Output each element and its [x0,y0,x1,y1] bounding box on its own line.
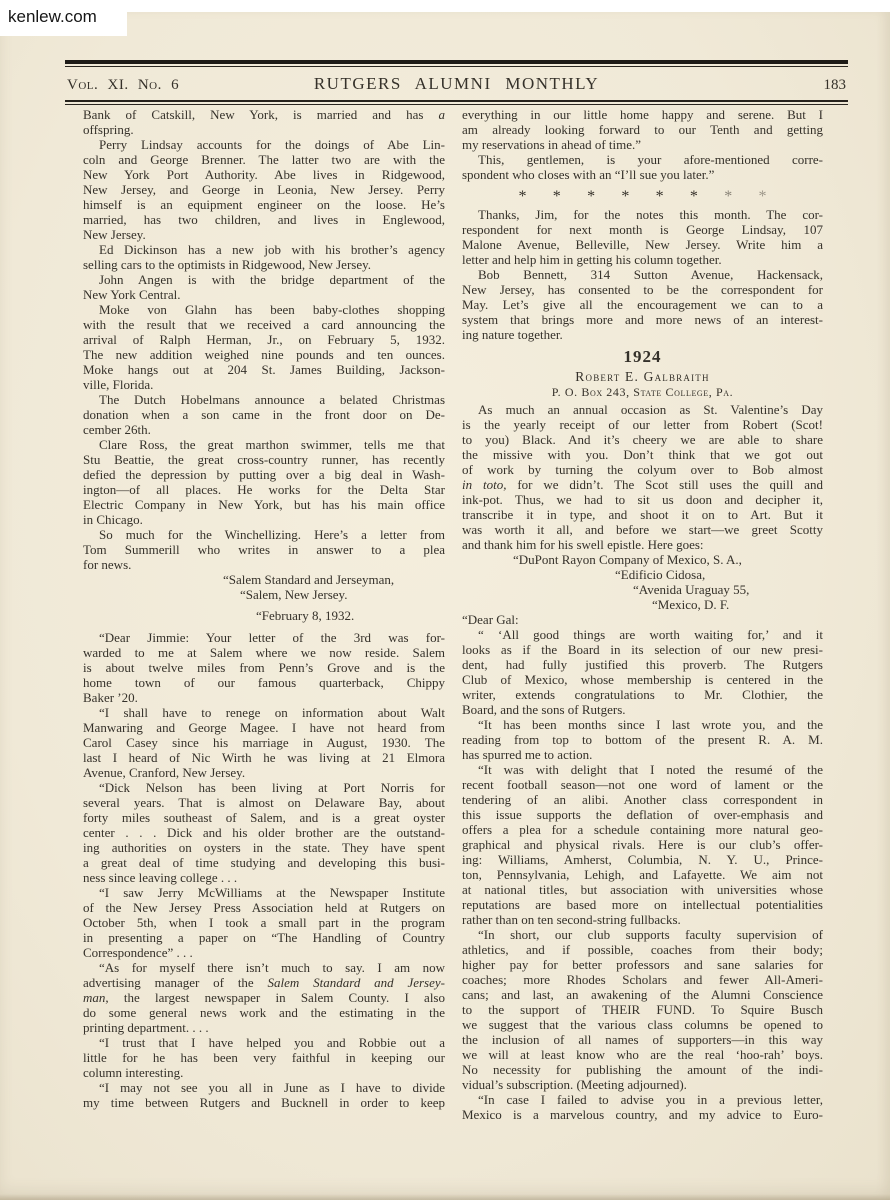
text-line: ville, Florida. [83,377,445,392]
text-line: “I shall have to renege on information a… [83,705,445,720]
text-line: little for he has been very faithful in … [83,1050,445,1065]
text-line: athletics, and if possible, coaches from… [462,942,823,957]
italic-text: a [439,107,446,122]
magazine-page: kenlew.com Vol. XI. No. 6 RUTGERS ALUMNI… [0,0,890,1200]
volume-issue: Vol. XI. No. 6 [67,77,179,94]
paragraph: Bank of Catskill, New York, is married a… [83,107,445,137]
text-line: married, has two children, and lives in … [83,212,445,227]
text-line: warded to me at Salem where we now resid… [83,645,445,660]
text-line: “I saw Jerry McWilliams at the Newspaper… [83,885,445,900]
watermark-text: kenlew.com [8,7,97,26]
text-line: transcribe it in type, and shoot it on t… [462,507,823,522]
text-line: Carol Casey since his marriage in August… [83,735,445,750]
star-glyph: * [656,190,664,204]
star-glyph: * [758,190,766,204]
paragraph: Ed Dickinson has a new job with his brot… [83,242,445,272]
text-line: October 5th, when I took a small part in… [83,915,445,930]
header-row: Vol. XI. No. 6 RUTGERS ALUMNI MONTHLY 18… [65,67,848,100]
paragraph: everything in our little home happy and … [462,107,823,152]
text-line: coln and George Brenner. The latter two … [83,152,445,167]
text-line: “Dick Nelson has been living at Port Nor… [83,780,445,795]
text-line: Bob Bennett, 314 Sutton Avenue, Hackensa… [462,267,823,282]
text-line: Manwaring and George Magee. I have not h… [83,720,445,735]
page-number: 183 [824,77,847,94]
text-line: and thank him for his swell epistle. Her… [462,537,823,552]
text-line: “It has been months since I last wrote y… [462,717,823,732]
text-line: rather than on ten second-string fullbac… [462,912,823,927]
text-line: Moke von Glahn has been baby-clothes sho… [83,302,445,317]
paragraph: Moke von Glahn has been baby-clothes sho… [83,302,445,392]
text-line: New Jersey. [83,227,445,242]
page-header: Vol. XI. No. 6 RUTGERS ALUMNI MONTHLY 18… [65,60,848,105]
text-line: coaches; more Rhodes Scholars and fewer … [462,972,823,987]
text-line: “It was with delight that I noted the re… [462,762,823,777]
paragraph: “ ‘All good things are worth waiting for… [462,627,823,717]
text-line: is about twelve miles from Penn’s Grove … [83,660,445,675]
text-line: “Salem Standard and Jerseyman, [83,572,445,587]
star-glyph: * [621,190,629,204]
text-line: ing authorities on oysters in the state.… [83,840,445,855]
text-line: a great deal of time studying and develo… [83,855,445,870]
text-line: the missive with you. Don’t think that w… [462,447,823,462]
paragraph: John Angen is with the bridge department… [83,272,445,302]
text-line: Electric Company in New York, but has hi… [83,497,445,512]
text-line: John Angen is with the bridge department… [83,272,445,287]
text-line: home town of our famous quarterback, Chi… [83,675,445,690]
paragraph: This, gentlemen, is your afore-mentioned… [462,152,823,182]
address-block: “DuPont Rayon Company of Mexico, S. A.,“… [462,552,823,612]
text-line: my time between Rutgers and Bucknell in … [83,1095,445,1110]
text-line: Clare Ross, the great marthon swimmer, t… [83,437,445,452]
text-line: of work by turning the colyum over to Bo… [462,462,823,477]
text-line: ington—of all places. He works for the D… [83,482,445,497]
paragraph: “I shall have to renege on information a… [83,705,445,780]
text-line: New Jersey, has consented to be the corr… [462,282,823,297]
text-line: in Chicago. [83,512,445,527]
text-line: man, the largest newspaper in Salem Coun… [83,990,445,1005]
text-line: Club of Mexico, whose membership is cent… [462,672,823,687]
text-line: New York Central. [83,287,445,302]
text-line: graphical and physical rivals. Here is o… [462,837,823,852]
text-line: Correspondence” . . . [83,945,445,960]
text-line: defied the depression by putting over a … [83,467,445,482]
text-line: Tom Summerill who writes in answer to a … [83,542,445,557]
paragraph: “Dear Gal: [462,612,823,627]
text-line: ness since leaving college . . . [83,870,445,885]
paragraph: The Dutch Hobelmans announce a belated C… [83,392,445,437]
text-line: the inclusion of all names of supporters… [462,1032,823,1047]
text-line: cans; and last, an awakening of the Alum… [462,987,823,1002]
text-line: Bank of Catskill, New York, is married a… [83,107,445,122]
text-line: offspring. [83,122,445,137]
italic-text: man, [83,990,109,1005]
text-line: “Mexico, D. F. [462,597,823,612]
italic-text: Salem Standard and Jersey- [268,975,445,990]
text-line: with the result that we received a card … [83,317,445,332]
paragraph: “As for myself there isn’t much to say. … [83,960,445,1035]
text-line: This, gentlemen, is your afore-mentioned… [462,152,823,167]
star-glyph: * [519,190,527,204]
text-line: ton, Pennsylvania, Lehigh, and Lafayette… [462,867,823,882]
text-line: reading from top to bottom of the presen… [462,732,823,747]
text-line: No necessity for publishing the amount o… [462,1062,823,1077]
header-rule-bottom [65,104,848,105]
paragraph: “In case I failed to advise you in a pre… [462,1092,823,1122]
text-line: is the yearly receipt of our letter from… [462,417,823,432]
text-line: writer, extends congratulations to Mr. C… [462,687,823,702]
text-line: respondent for next month is George Lind… [462,222,823,237]
text-line: Mexico is a marvelous country, and my ad… [462,1107,823,1122]
text-line: ink-pot. Thus, we had to sit us doon and… [462,492,823,507]
text-line: tendering of an alibi. Another class cor… [462,792,823,807]
text-line: vidual’s subscription. (Meeting adjourne… [462,1077,823,1092]
text-line: Board, and the sons of Rutgers. [462,702,823,717]
text-line: spondent who closes with an “I’ll sue yo… [462,167,823,182]
text-line: higher pay for better professors and san… [462,957,823,972]
paragraph: “Dick Nelson has been living at Port Nor… [83,780,445,885]
text-line: has spurred me to action. [462,747,823,762]
paragraph: Thanks, Jim, for the notes this month. T… [462,207,823,267]
text-line: Perry Lindsay accounts for the doings of… [83,137,445,152]
text-line: reputations are based more on intellectu… [462,897,823,912]
text-line: Avenue, Cranford, New Jersey. [83,765,445,780]
text-line: at national titles, but association with… [462,882,823,897]
text-line: my reservations in ahead of time.” [462,137,823,152]
text-line: selling cars to the optimists in Ridgewo… [83,257,445,272]
text-line: The new addition weighed nine pounds and… [83,347,445,362]
text-line: “Dear Gal: [462,612,823,627]
text-line: to you) Black. And it’s cheery we are ab… [462,432,823,447]
star-glyph: * [553,190,561,204]
paragraph: As much an annual occasion as St. Valent… [462,402,823,552]
paragraph: Bob Bennett, 314 Sutton Avenue, Hackensa… [462,267,823,342]
text-line: we suggest that the various class column… [462,1017,823,1032]
text-line: “In case I failed to advise you in a pre… [462,1092,823,1107]
text-line: recent football season—not one word of l… [462,777,823,792]
text-line: we will at least know who are the real ‘… [462,1047,823,1062]
header-rule-thick [65,60,848,64]
text-line: everything in our little home happy and … [462,107,823,122]
header-rule-mid [65,100,848,102]
text-line: “Salem, New Jersey. [83,587,445,602]
text-line: “As for myself there isn’t much to say. … [83,960,445,975]
star-glyph: * [587,190,595,204]
paragraph: “I trust that I have helped you and Robb… [83,1035,445,1080]
text-line: forty miles southeast of Salem, and is a… [83,810,445,825]
paragraph: “It was with delight that I noted the re… [462,762,823,927]
paragraph: “I may not see you all in June as I have… [83,1080,445,1110]
italic-text: in toto, [462,477,506,492]
text-line: “In short, our club supports faculty sup… [462,927,823,942]
text-line: “Dear Jimmie: Your letter of the 3rd was… [83,630,445,645]
text-line: this issue supports the deflation of ove… [462,807,823,822]
paragraph: “Dear Jimmie: Your letter of the 3rd was… [83,630,445,705]
text-line: The Dutch Hobelmans announce a belated C… [83,392,445,407]
text-line: several years. That is almost on Delawar… [83,795,445,810]
text-line: am already looking forward to our Tenth … [462,122,823,137]
text-line: for news. [83,557,445,572]
text-line: was worth it all, and before we start—we… [462,522,823,537]
text-line: ing nature together. [462,327,823,342]
left-column: Bank of Catskill, New York, is married a… [83,107,445,1110]
text-line: So much for the Winchellizing. Here’s a … [83,527,445,542]
stars-separator: ******** [519,188,767,202]
correspondent-name: Robert E. Galbraith [462,369,823,385]
text-line: Moke hangs out at 204 St. James Building… [83,362,445,377]
text-line: Ed Dickinson has a new job with his brot… [83,242,445,257]
text-line: “I may not see you all in June as I have… [83,1080,445,1095]
text-line: do some general news work and the estima… [83,1005,445,1020]
text-line: As much an annual occasion as St. Valent… [462,402,823,417]
date-line: “February 8, 1932. [83,608,445,623]
paragraph: “In short, our club supports faculty sup… [462,927,823,1092]
paragraph: So much for the Winchellizing. Here’s a … [83,527,445,572]
class-year-heading: 1924 [462,347,823,367]
text-line: in toto, for we didn’t. The Scot still u… [462,477,823,492]
text-line: letter and help him in getting his colum… [462,252,823,267]
text-line: offers a plea for a schedule containing … [462,822,823,837]
text-line: New York Port Authority. Abe lives in Ri… [83,167,445,182]
text-line: Baker ’20. [83,690,445,705]
text-line: printing department. . . . [83,1020,445,1035]
text-line: in presenting a paper on “The Handling o… [83,930,445,945]
text-line: column interesting. [83,1065,445,1080]
text-line: last I heard of Nic Wirth he was living … [83,750,445,765]
text-line: donation when a son came in the front do… [83,407,445,422]
paragraph: Clare Ross, the great marthon swimmer, t… [83,437,445,527]
watermark-patch: kenlew.com [0,0,127,36]
text-line: “DuPont Rayon Company of Mexico, S. A., [462,552,823,567]
text-line: May. Let’s give all the encouragement we… [462,297,823,312]
section-heading: 1924Robert E. GalbraithP. O. Box 243, St… [462,347,823,399]
text-line: of the New Jersey Press Association held… [83,900,445,915]
text-line: himself is an equipment engineer on the … [83,197,445,212]
address-block: “Salem Standard and Jerseyman,“Salem, Ne… [83,572,445,602]
star-glyph: * [724,190,732,204]
text-line: “Avenida Uraguay 55, [462,582,823,597]
text-line: “I trust that I have helped you and Robb… [83,1035,445,1050]
star-glyph: * [690,190,698,204]
text-line: New Jersey, and George in Leonia, New Je… [83,182,445,197]
paragraph: Perry Lindsay accounts for the doings of… [83,137,445,242]
text-line: center . . . Dick and his older brother … [83,825,445,840]
text-line: Malone Avenue, Belleville, New Jersey. W… [462,237,823,252]
magazine-title: RUTGERS ALUMNI MONTHLY [314,74,599,94]
text-line: Stu Beattie, the great cross-country run… [83,452,445,467]
paragraph: “It has been months since I last wrote y… [462,717,823,762]
text-line: looks as if the Board in its selection o… [462,642,823,657]
text-line: “Edificio Cidosa, [462,567,823,582]
paragraph: “I saw Jerry McWilliams at the Newspaper… [83,885,445,960]
text-line: dent, had fully justified this proverb. … [462,657,823,672]
text-line: advertising manager of the Salem Standar… [83,975,445,990]
correspondent-address: P. O. Box 243, State College, Pa. [462,385,823,399]
text-line: to the support of THEIR FUND. To Squire … [462,1002,823,1017]
text-line: ing: Williams, Amherst, Columbia, N. Y. … [462,852,823,867]
text-line: system that brings more and more news of… [462,312,823,327]
text-line: Thanks, Jim, for the notes this month. T… [462,207,823,222]
text-line: “ ‘All good things are worth waiting for… [462,627,823,642]
text-line: cember 26th. [83,422,445,437]
right-column: everything in our little home happy and … [462,107,823,1122]
text-line: arrival of Ralph Herman, Jr., on Februar… [83,332,445,347]
